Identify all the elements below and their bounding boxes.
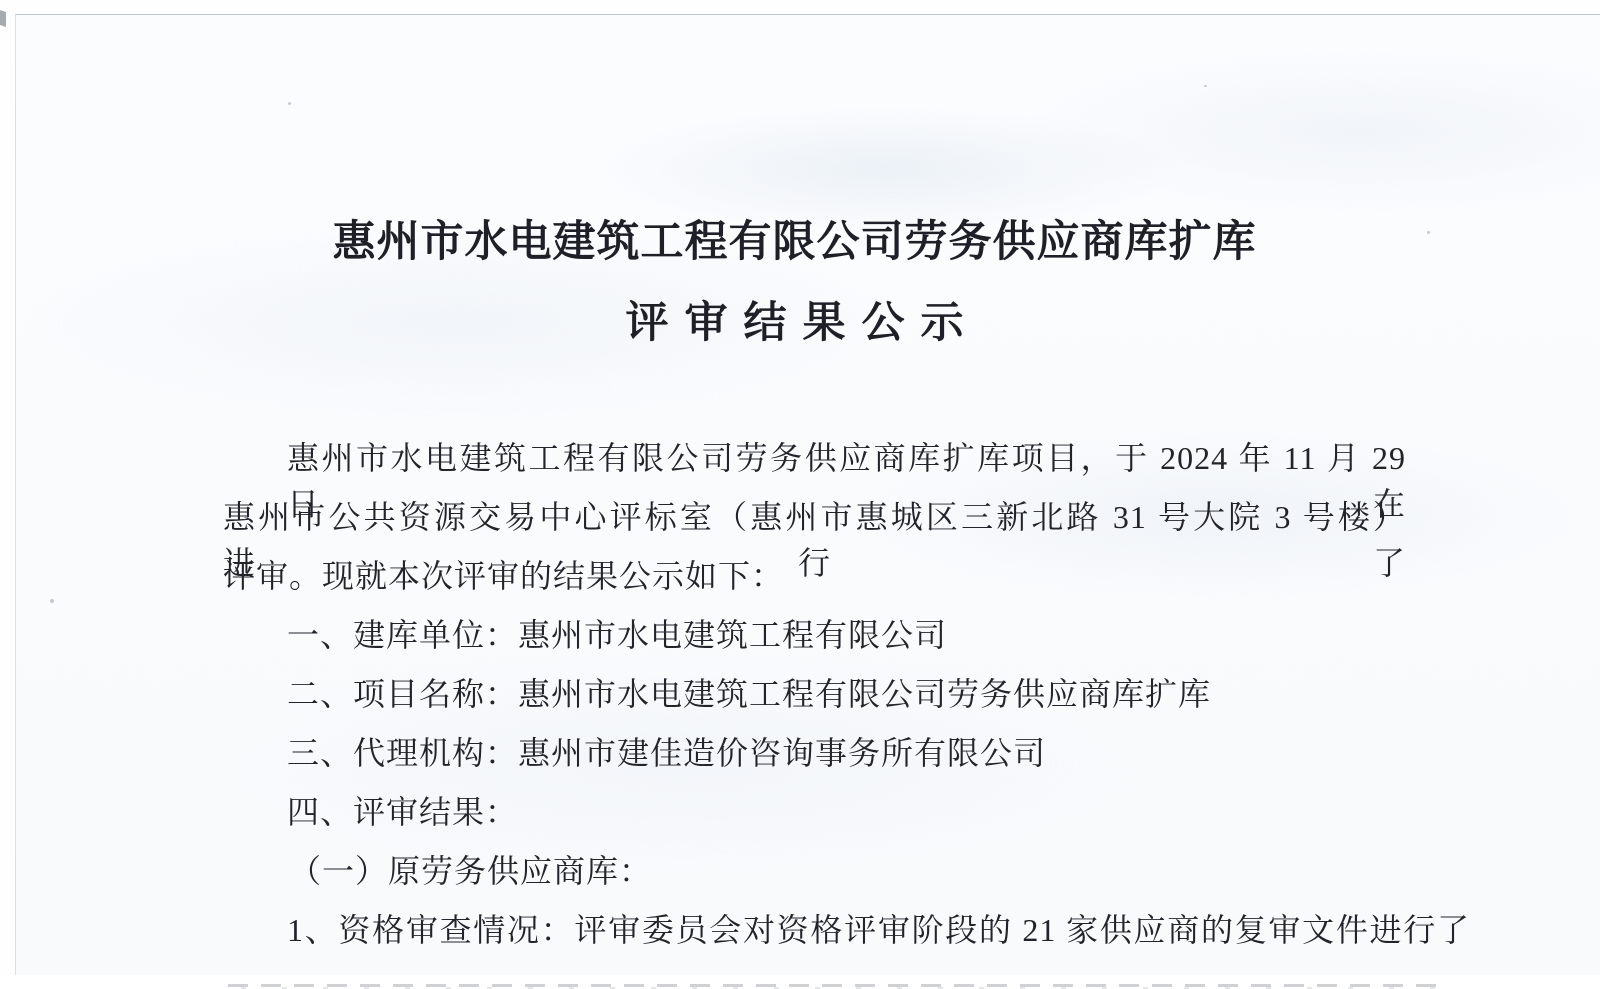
scan-corner-artifact (0, 10, 6, 27)
qualification-review-line: 1、资格审查情况：评审委员会对资格评审阶段的 21 家供应商的复审文件进行了 (223, 905, 1470, 951)
document-title-line2: 评审结果公示 (203, 289, 1386, 350)
numbered-item-1-database-owner: 一、建库单位：惠州市水电建筑工程有限公司 (223, 610, 1470, 656)
numbered-item-3-agency: 三、代理机构：惠州市建佳造价咨询事务所有限公司 (223, 728, 1470, 774)
scan-speck (288, 102, 291, 105)
document-page: 惠州市水电建筑工程有限公司劳务供应商库扩库 评审结果公示 惠州市水电建筑工程有限… (15, 14, 1600, 975)
document-title-line1: 惠州市水电建筑工程有限公司劳务供应商库扩库 (203, 208, 1386, 269)
paragraph-line-3: 评审。现就本次评审的结果公示如下： (223, 551, 1406, 597)
section-heading-original-supplier-pool: （一）原劳务供应商库： (223, 846, 1472, 892)
scan-speck (1427, 231, 1430, 234)
scanner-background: 惠州市水电建筑工程有限公司劳务供应商库扩库 评审结果公示 惠州市水电建筑工程有限… (0, 0, 1600, 975)
scan-speck (50, 599, 54, 603)
scan-speck (1204, 85, 1207, 87)
numbered-item-2-project-name: 二、项目名称：惠州市水电建筑工程有限公司劳务供应商库扩库 (223, 669, 1470, 715)
numbered-item-4-review-results: 四、评审结果： (223, 787, 1470, 833)
